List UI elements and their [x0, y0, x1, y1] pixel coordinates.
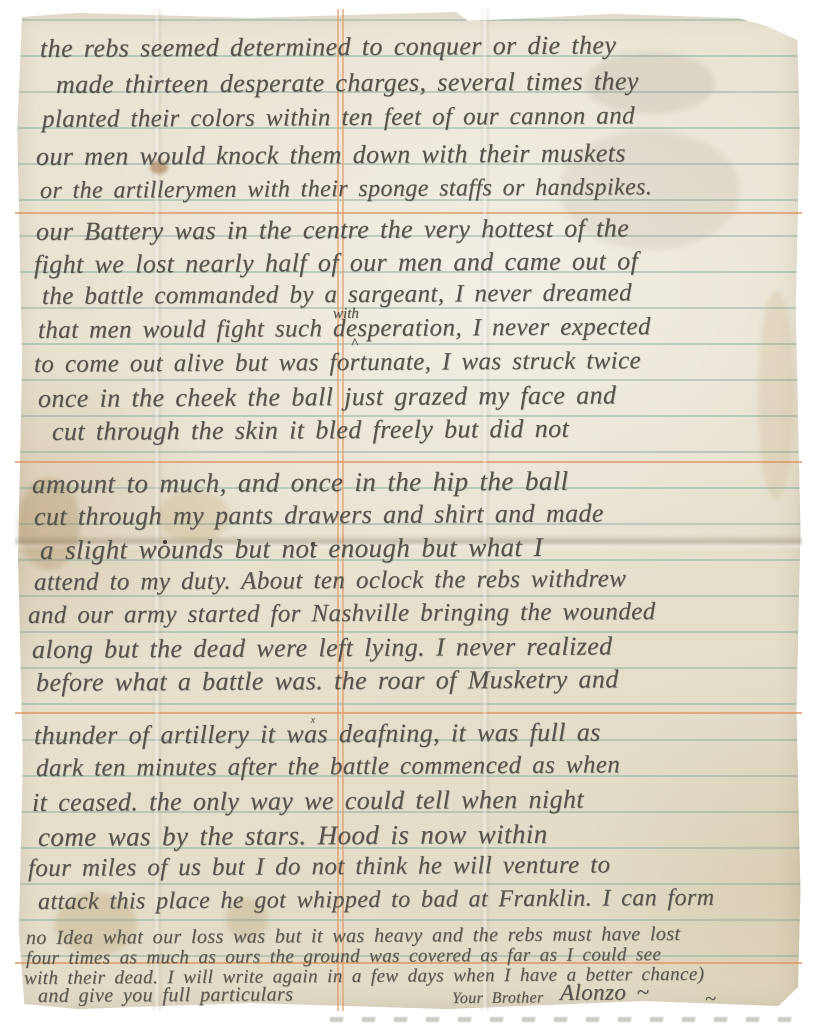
- ink-dot: [163, 540, 167, 544]
- margin-line-horizontal-4: [15, 962, 802, 964]
- margin-line-horizontal-1: [15, 212, 802, 214]
- letter-page: [15, 9, 802, 1011]
- ink-dot: [311, 542, 315, 546]
- margin-line-horizontal-3: [15, 712, 802, 714]
- margin-line-vertical-1: [337, 9, 339, 1011]
- margin-line-vertical-2: [342, 9, 344, 1011]
- letter-scan-background: the rebs seemed determined to conquer or…: [0, 0, 820, 1031]
- margin-line-horizontal-2: [15, 461, 802, 463]
- scan-artifact-dashes: [330, 1017, 810, 1022]
